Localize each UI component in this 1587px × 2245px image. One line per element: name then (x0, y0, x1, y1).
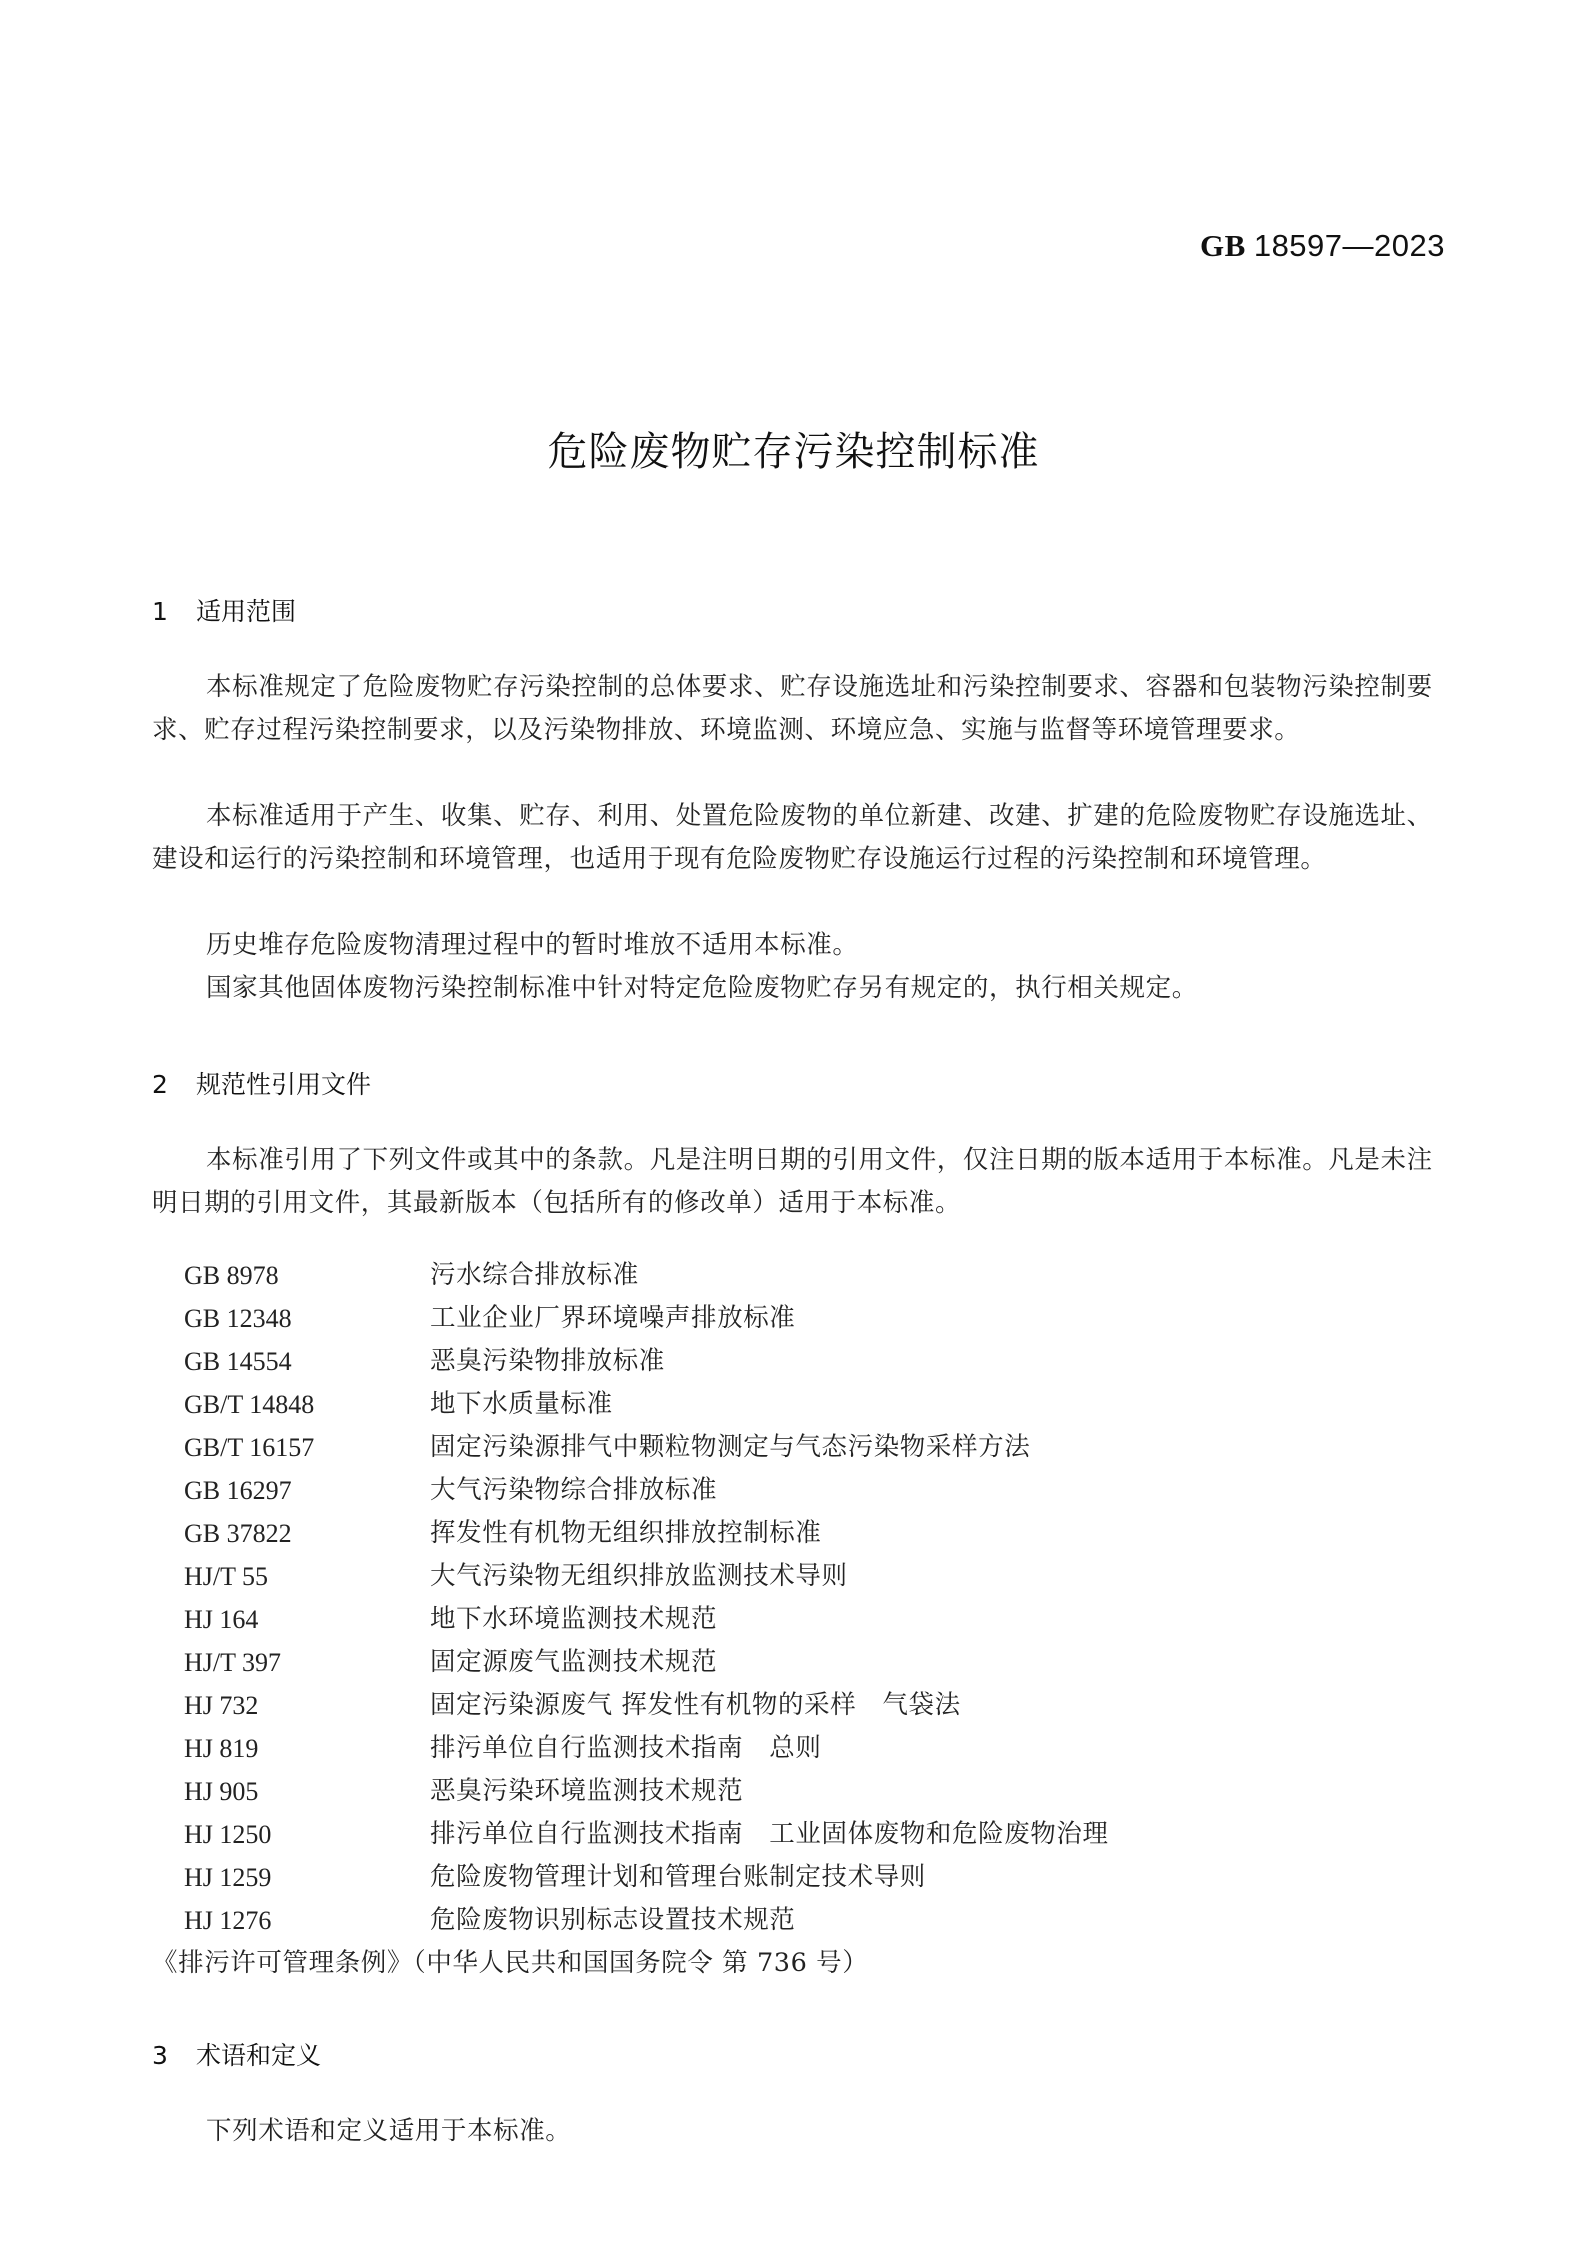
reference-code: GB/T 14848 (152, 1383, 430, 1426)
reference-title: 恶臭污染环境监测技术规范 (430, 1770, 1452, 1813)
section-title: 适用范围 (196, 597, 296, 626)
standard-number: GB18597—2023 (1200, 228, 1445, 264)
reference-code: GB 16297 (152, 1469, 430, 1512)
section-1-heading: 1适用范围 (152, 592, 296, 628)
reference-title: 恶臭污染物排放标准 (430, 1340, 1452, 1383)
section-title: 规范性引用文件 (196, 1070, 371, 1099)
section-title: 术语和定义 (196, 2041, 321, 2070)
reference-item: GB 8978污水综合排放标准 (152, 1254, 1452, 1297)
normative-reference-list: GB 8978污水综合排放标准 GB 12348工业企业厂界环境噪声排放标准 G… (152, 1254, 1452, 1985)
standard-code: 18597—2023 (1254, 228, 1445, 263)
reference-item: HJ 1276危险废物识别标志设置技术规范 (152, 1899, 1452, 1942)
reference-title: 固定污染源排气中颗粒物测定与气态污染物采样方法 (430, 1426, 1452, 1469)
section-2-heading: 2规范性引用文件 (152, 1065, 371, 1101)
reference-item: HJ/T 55大气污染物无组织排放监测技术导则 (152, 1555, 1452, 1598)
reference-item: HJ 732固定污染源废气 挥发性有机物的采样 气袋法 (152, 1684, 1452, 1727)
document-title: 危险废物贮存污染控制标准 (0, 420, 1587, 477)
reference-item: GB/T 14848地下水质量标准 (152, 1383, 1452, 1426)
reference-item: HJ 905恶臭污染环境监测技术规范 (152, 1770, 1452, 1813)
reference-title: 危险废物管理计划和管理台账制定技术导则 (430, 1856, 1452, 1899)
reference-code: HJ 819 (152, 1727, 430, 1770)
reference-code: GB 37822 (152, 1512, 430, 1555)
reference-code: HJ/T 397 (152, 1641, 430, 1684)
reference-title: 排污单位自行监测技术指南 工业固体废物和危险废物治理 (430, 1813, 1452, 1856)
reference-title: 排污单位自行监测技术指南 总则 (430, 1727, 1452, 1770)
reference-item: HJ 164地下水环境监测技术规范 (152, 1598, 1452, 1641)
section-3-paragraph-1: 下列术语和定义适用于本标准。 (152, 2110, 1452, 2153)
reference-title: 污水综合排放标准 (430, 1254, 1452, 1297)
reference-code: HJ 732 (152, 1684, 430, 1727)
reference-code: GB 14554 (152, 1340, 430, 1383)
section-1-paragraph-1: 本标准规定了危险废物贮存污染控制的总体要求、贮存设施选址和污染控制要求、容器和包… (152, 666, 1452, 752)
reference-item: HJ 1250排污单位自行监测技术指南 工业固体废物和危险废物治理 (152, 1813, 1452, 1856)
reference-item: HJ 819排污单位自行监测技术指南 总则 (152, 1727, 1452, 1770)
reference-item: HJ/T 397固定源废气监测技术规范 (152, 1641, 1452, 1684)
section-3-heading: 3术语和定义 (152, 2036, 321, 2072)
reference-title: 固定污染源废气 挥发性有机物的采样 气袋法 (430, 1684, 1452, 1727)
section-number: 3 (152, 2041, 196, 2070)
reference-code: HJ 1250 (152, 1813, 430, 1856)
reference-code: HJ 1276 (152, 1899, 430, 1942)
reference-title: 大气污染物无组织排放监测技术导则 (430, 1555, 1452, 1598)
section-1-paragraph-2: 本标准适用于产生、收集、贮存、利用、处置危险废物的单位新建、改建、扩建的危险废物… (152, 795, 1452, 881)
section-1-paragraph-4: 国家其他固体废物污染控制标准中针对特定危险废物贮存另有规定的，执行相关规定。 (152, 967, 1452, 1010)
reference-code: GB 12348 (152, 1297, 430, 1340)
reference-code: HJ 1259 (152, 1856, 430, 1899)
section-number: 2 (152, 1070, 196, 1099)
reference-title: 危险废物识别标志设置技术规范 (430, 1899, 1452, 1942)
reference-code: HJ/T 55 (152, 1555, 430, 1598)
reference-code: HJ 905 (152, 1770, 430, 1813)
reference-item: GB 37822挥发性有机物无组织排放控制标准 (152, 1512, 1452, 1555)
reference-code: HJ 164 (152, 1598, 430, 1641)
section-1-paragraph-3: 历史堆存危险废物清理过程中的暂时堆放不适用本标准。 (152, 924, 1452, 967)
regulation-reference: 《排污许可管理条例》（中华人民共和国国务院令 第 736 号） (152, 1942, 1452, 1985)
reference-code: GB/T 16157 (152, 1426, 430, 1469)
reference-code: GB 8978 (152, 1254, 430, 1297)
reference-item: GB/T 16157固定污染源排气中颗粒物测定与气态污染物采样方法 (152, 1426, 1452, 1469)
standard-prefix: GB (1200, 228, 1246, 263)
reference-item: GB 12348工业企业厂界环境噪声排放标准 (152, 1297, 1452, 1340)
reference-title: 地下水环境监测技术规范 (430, 1598, 1452, 1641)
reference-title: 固定源废气监测技术规范 (430, 1641, 1452, 1684)
reference-title: 地下水质量标准 (430, 1383, 1452, 1426)
section-number: 1 (152, 597, 196, 626)
section-2-paragraph-1: 本标准引用了下列文件或其中的条款。凡是注明日期的引用文件，仅注日期的版本适用于本… (152, 1139, 1452, 1225)
reference-item: GB 14554恶臭污染物排放标准 (152, 1340, 1452, 1383)
reference-title: 工业企业厂界环境噪声排放标准 (430, 1297, 1452, 1340)
reference-title: 大气污染物综合排放标准 (430, 1469, 1452, 1512)
reference-item: HJ 1259危险废物管理计划和管理台账制定技术导则 (152, 1856, 1452, 1899)
reference-item: GB 16297大气污染物综合排放标准 (152, 1469, 1452, 1512)
reference-title: 挥发性有机物无组织排放控制标准 (430, 1512, 1452, 1555)
